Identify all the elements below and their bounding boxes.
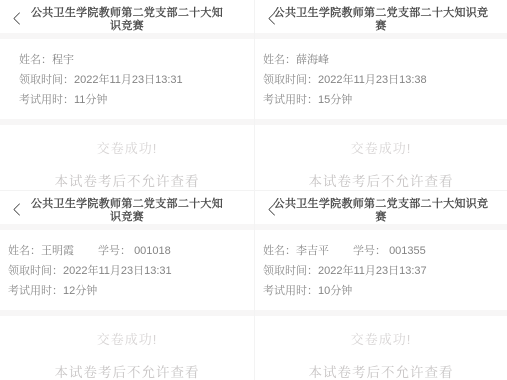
student-no-value: 001355 [389, 245, 426, 257]
student-no-value: 001018 [134, 245, 171, 257]
receive-time-row: 领取时间： 2022年11月23日13:31 [8, 261, 248, 281]
page-title: 公共卫生学院教师第二党支部二十大知识竞赛 [31, 198, 224, 224]
duration-row: 考试用时： 11分钟 [19, 90, 248, 110]
duration-label: 考试用时： [263, 90, 318, 110]
screenshot-grid: 公共卫生学院教师第二党支部二十大知识竞赛 姓名： 程宇 领取时间： 2022年1… [0, 0, 507, 380]
name-row: 姓名： 薛海峰 [263, 50, 501, 70]
back-icon[interactable] [13, 12, 26, 25]
name-row: 姓名： 程宇 [19, 50, 248, 70]
exam-result-panel-1: 公共卫生学院教师第二党支部二十大知识竞赛 姓名： 程宇 领取时间： 2022年1… [0, 0, 254, 190]
duration-value: 11分钟 [74, 90, 107, 110]
divider [0, 310, 254, 316]
submit-success-message: 交卷成功! [255, 329, 507, 348]
no-review-notice: 本试卷考后不允许查看 [0, 170, 254, 190]
header: 公共卫生学院教师第二党支部二十大知识竞赛 [0, 0, 254, 33]
student-no-label: 学号： [98, 245, 131, 257]
name-row: 姓名： 李吉平 学号： 001355 [263, 241, 501, 261]
header: 公共卫生学院教师第二党支部二十大知识竞赛 [255, 191, 507, 224]
divider [255, 119, 507, 125]
header: 公共卫生学院教师第二党支部二十大知识竞赛 [255, 0, 507, 33]
name-value: 程宇 [52, 50, 74, 70]
receive-time-label: 领取时间： [263, 261, 318, 281]
page-title: 公共卫生学院教师第二党支部二十大知识竞赛 [273, 198, 489, 224]
name-label: 姓名： [19, 50, 52, 70]
duration-label: 考试用时： [19, 90, 74, 110]
receive-time-value: 2022年11月23日13:37 [318, 261, 427, 281]
name-label: 姓名： [8, 241, 41, 261]
receive-time-label: 领取时间： [19, 70, 74, 90]
exam-result-panel-2: 公共卫生学院教师第二党支部二十大知识竞赛 姓名： 薛海峰 领取时间： 2022年… [254, 0, 507, 190]
divider [255, 310, 507, 316]
student-no-group: 学号： 001355 [353, 241, 426, 261]
duration-row: 考试用时： 10分钟 [263, 281, 501, 301]
receive-time-row: 领取时间： 2022年11月23日13:38 [263, 70, 501, 90]
exam-result-panel-4: 公共卫生学院教师第二党支部二十大知识竞赛 姓名： 李吉平 学号： 001355 … [254, 190, 507, 380]
receive-time-value: 2022年11月23日13:31 [63, 261, 172, 281]
name-value: 薛海峰 [296, 50, 329, 70]
exam-info: 姓名： 王明霞 学号： 001018 领取时间： 2022年11月23日13:3… [0, 230, 254, 310]
name-label: 姓名： [263, 241, 296, 261]
duration-label: 考试用时： [8, 281, 63, 301]
name-row: 姓名： 王明霞 学号： 001018 [8, 241, 248, 261]
header: 公共卫生学院教师第二党支部二十大知识竞赛 [0, 191, 254, 224]
submit-success-message: 交卷成功! [0, 138, 254, 157]
receive-time-row: 领取时间： 2022年11月23日13:37 [263, 261, 501, 281]
submit-success-message: 交卷成功! [255, 138, 507, 157]
duration-value: 12分钟 [63, 281, 97, 301]
receive-time-value: 2022年11月23日13:31 [74, 70, 183, 90]
student-no-group: 学号： 001018 [98, 241, 171, 261]
duration-row: 考试用时： 12分钟 [8, 281, 248, 301]
receive-time-label: 领取时间： [8, 261, 63, 281]
divider [0, 119, 254, 125]
no-review-notice: 本试卷考后不允许查看 [0, 361, 254, 380]
duration-value: 15分钟 [318, 90, 352, 110]
exam-result-panel-3: 公共卫生学院教师第二党支部二十大知识竞赛 姓名： 王明霞 学号： 001018 … [0, 190, 254, 380]
exam-info: 姓名： 薛海峰 领取时间： 2022年11月23日13:38 考试用时： 15分… [255, 39, 507, 119]
name-value: 王明霞 [41, 241, 74, 261]
exam-info: 姓名： 李吉平 学号： 001355 领取时间： 2022年11月23日13:3… [255, 230, 507, 310]
receive-time-row: 领取时间： 2022年11月23日13:31 [19, 70, 248, 90]
receive-time-value: 2022年11月23日13:38 [318, 70, 427, 90]
name-label: 姓名： [263, 50, 296, 70]
page-title: 公共卫生学院教师第二党支部二十大知识竞赛 [31, 7, 224, 33]
page-title: 公共卫生学院教师第二党支部二十大知识竞赛 [273, 7, 489, 33]
no-review-notice: 本试卷考后不允许查看 [255, 170, 507, 190]
exam-info: 姓名： 程宇 领取时间： 2022年11月23日13:31 考试用时： 11分钟 [0, 39, 254, 119]
duration-row: 考试用时： 15分钟 [263, 90, 501, 110]
back-icon[interactable] [13, 203, 26, 216]
no-review-notice: 本试卷考后不允许查看 [255, 361, 507, 380]
student-no-label: 学号： [353, 245, 386, 257]
receive-time-label: 领取时间： [263, 70, 318, 90]
name-value: 李吉平 [296, 241, 329, 261]
submit-success-message: 交卷成功! [0, 329, 254, 348]
duration-label: 考试用时： [263, 281, 318, 301]
duration-value: 10分钟 [318, 281, 352, 301]
